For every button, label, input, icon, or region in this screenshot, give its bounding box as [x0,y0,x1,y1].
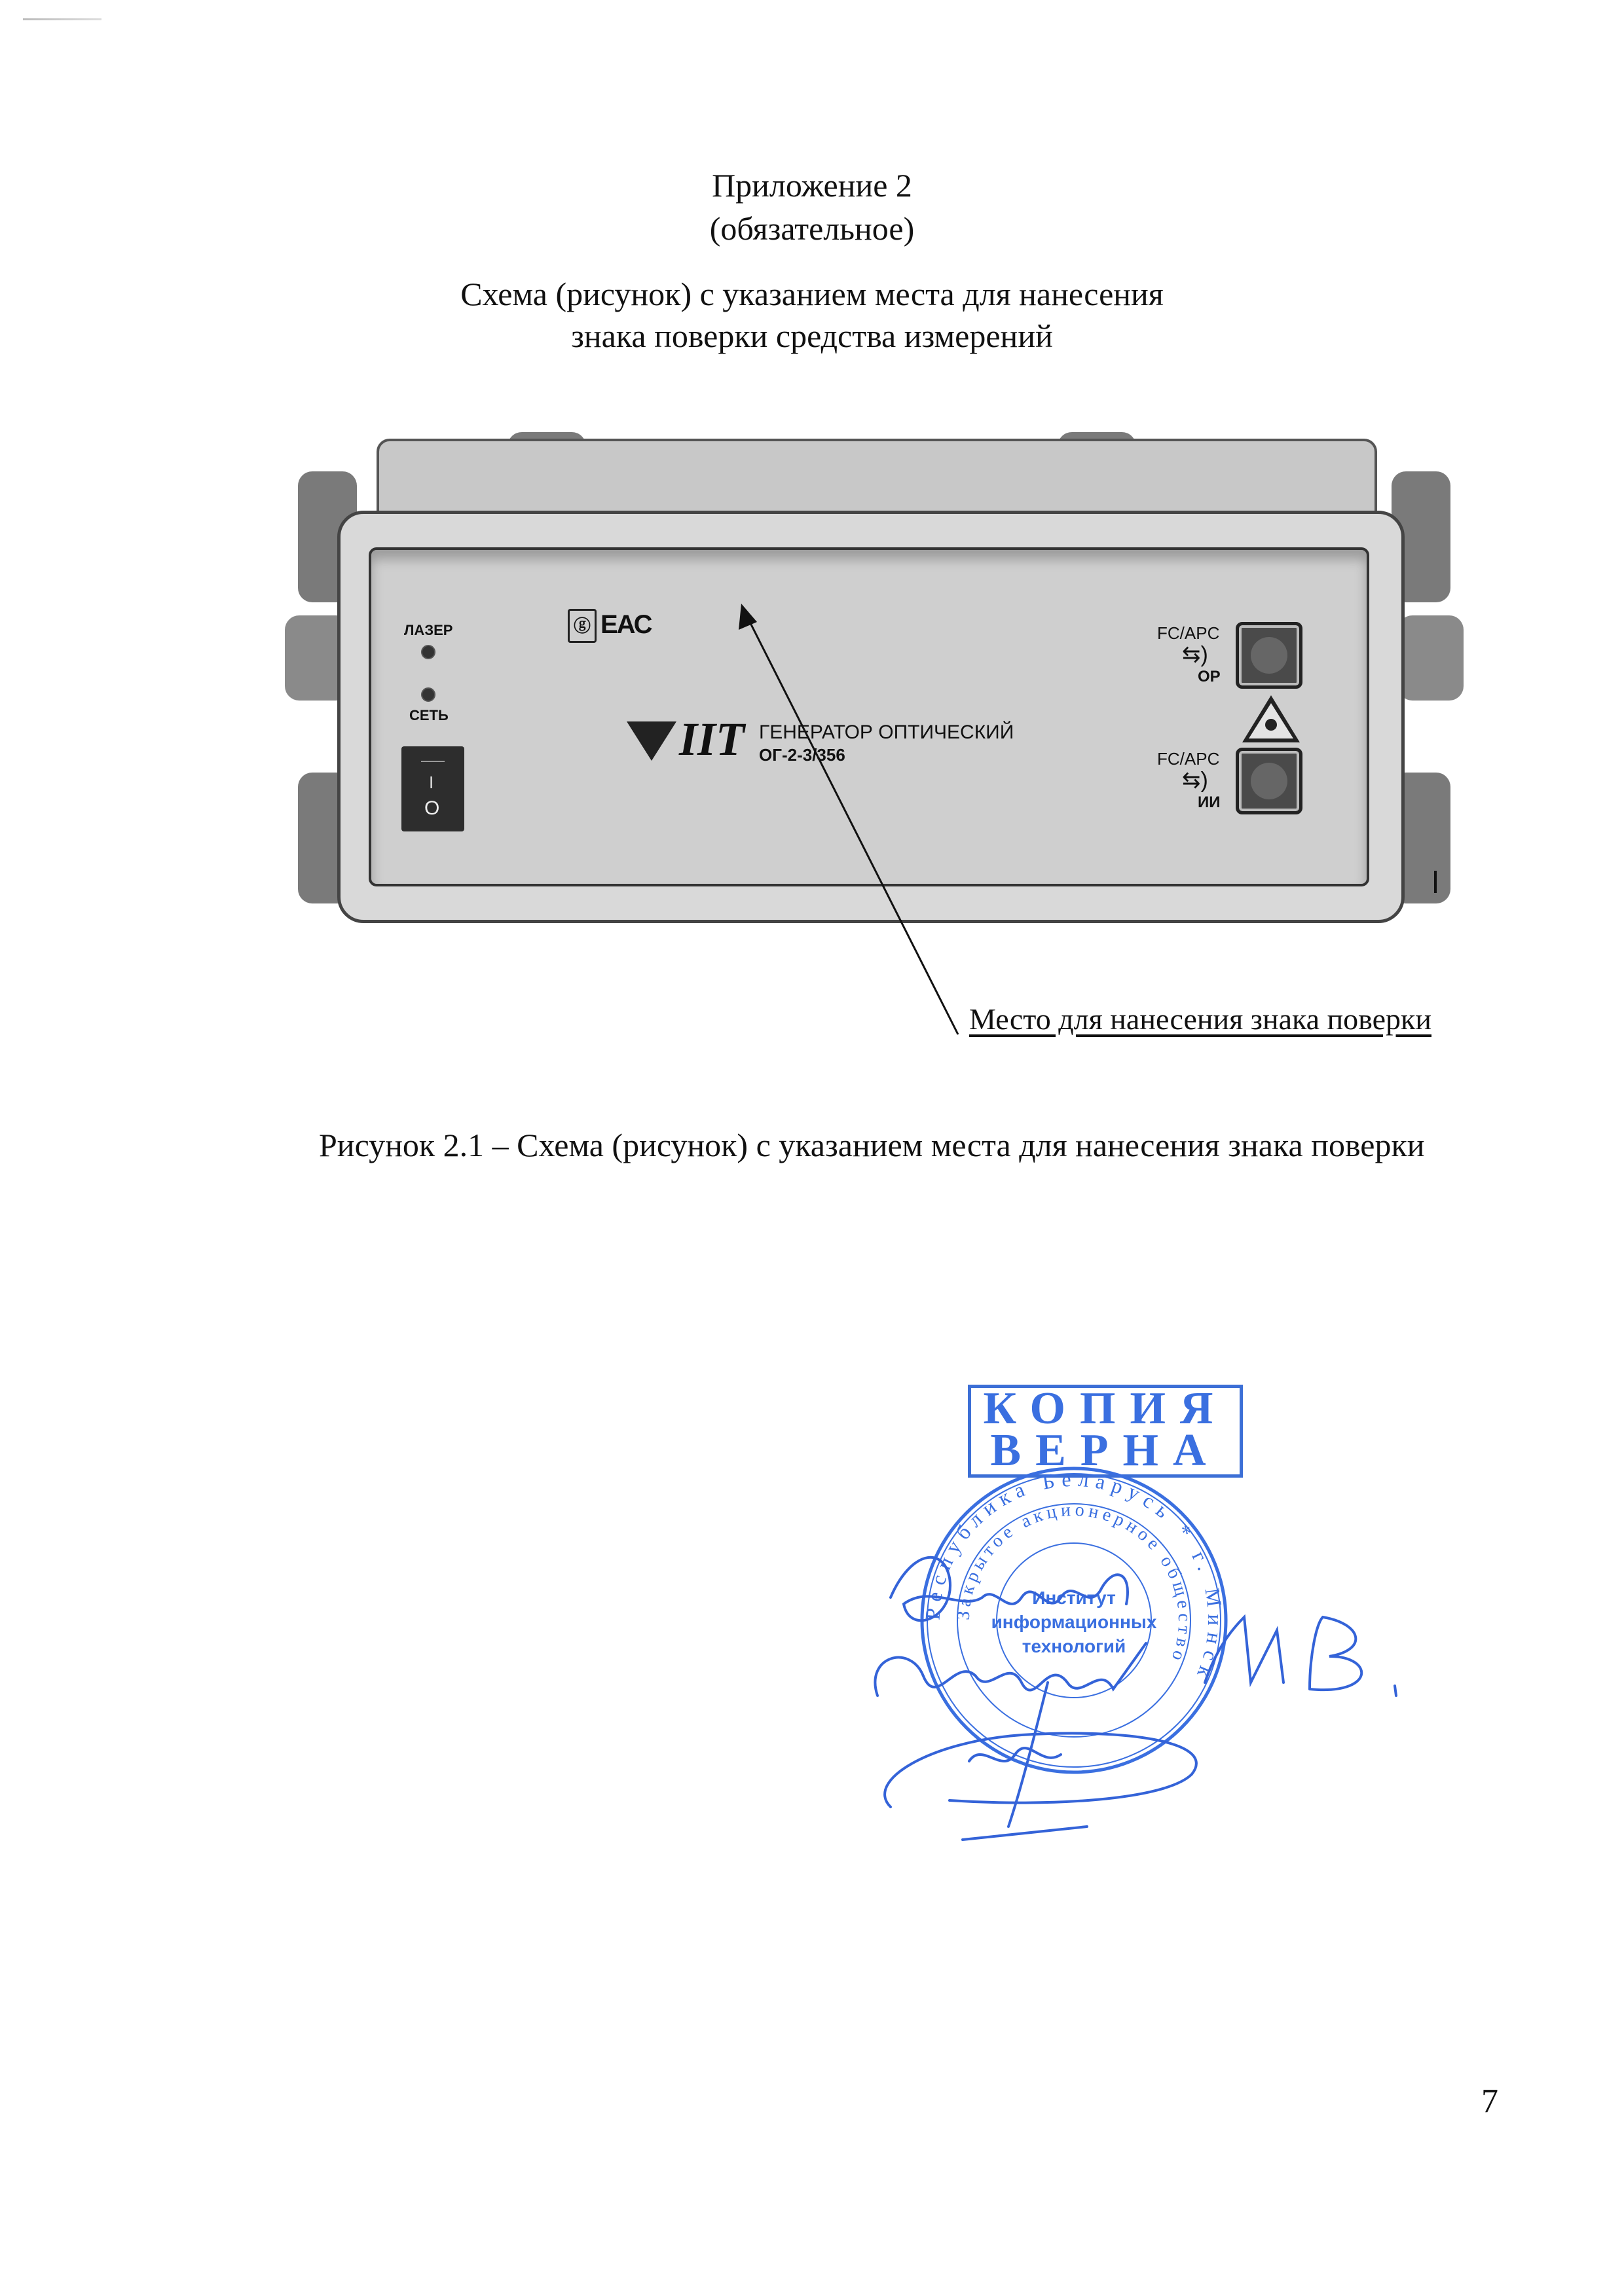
stamp-line1: КОПИЯ [971,1388,1240,1430]
verification-mark-callout: Место для нанесения знака поверки [969,1002,1431,1036]
handwritten-signature [851,1525,1473,1866]
figure-caption: Рисунок 2.1 – Схема (рисунок) с указание… [319,1126,1425,1164]
page-number: 7 [1481,2082,1498,2121]
